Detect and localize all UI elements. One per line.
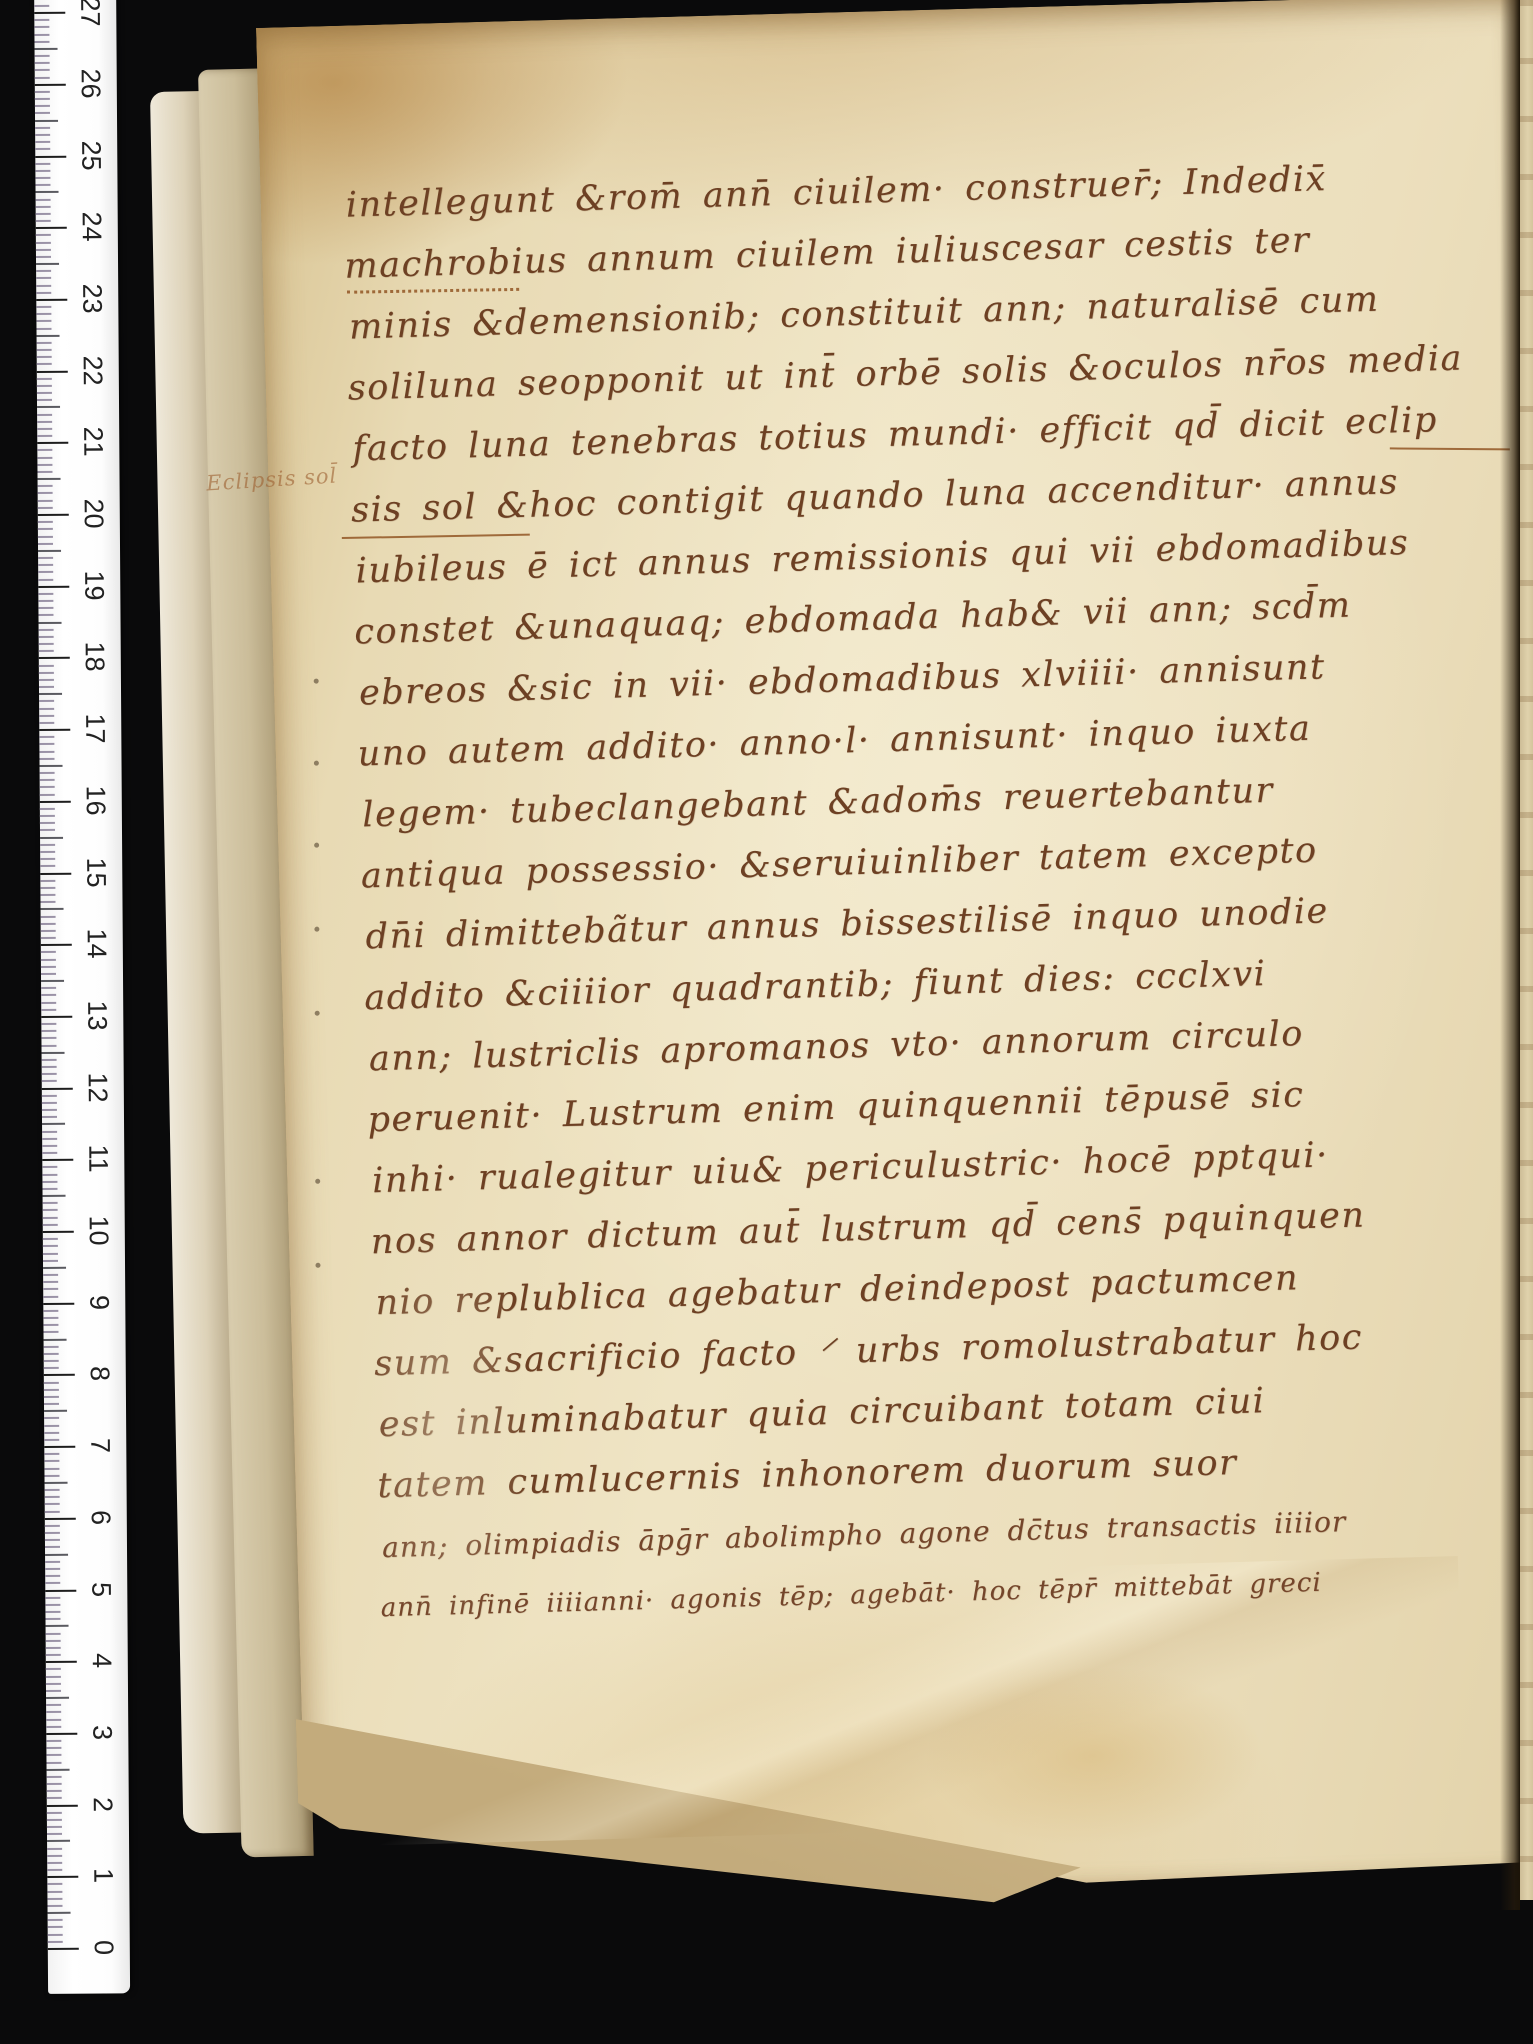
ruler-cm-tick [43, 1302, 74, 1304]
ruler-cm-tick [40, 801, 71, 803]
ruler-mm-tick [46, 1711, 61, 1713]
ruler-mm-tick [42, 1080, 57, 1082]
ruler-mm-tick [46, 1668, 61, 1670]
ruler-mm-tick [35, 163, 50, 165]
ruler-mm-tick [35, 148, 50, 150]
ruler-mm-tick [41, 1023, 56, 1025]
ruler-mm-tick [43, 1324, 58, 1326]
ruler-mm-tick [37, 406, 60, 408]
ruler-mm-tick [44, 1453, 59, 1455]
ruler-mm-tick [45, 1503, 60, 1505]
ruler-mm-tick [42, 1130, 57, 1132]
ruler-mm-tick [36, 198, 51, 200]
ruler-mm-tick [43, 1267, 66, 1269]
ruler-cm-tick [47, 1804, 78, 1806]
ruler-mm-tick [41, 1030, 56, 1032]
ruler-mm-tick [37, 471, 52, 473]
ruler-mm-tick [36, 306, 51, 308]
ruler-mm-tick [38, 614, 53, 616]
ruler-mm-tick [38, 550, 61, 552]
ruler-number: 11 [83, 1139, 113, 1179]
ruler-mm-tick [38, 571, 53, 573]
ruler-mm-tick [40, 822, 55, 824]
ruler-mm-tick [43, 1310, 58, 1312]
ruler-mm-tick [37, 457, 52, 459]
ruler-mm-tick [46, 1740, 61, 1742]
ruler-cm-tick [42, 1159, 73, 1161]
ruler-mm-tick [43, 1195, 66, 1197]
ruler-number: 6 [86, 1497, 116, 1537]
ruler-mm-tick [44, 1403, 59, 1405]
ruler-mm-tick [47, 1855, 62, 1857]
ruler-mm-tick [45, 1489, 60, 1491]
ruler-mm-tick [40, 851, 55, 853]
ruler-mm-tick [44, 1381, 59, 1383]
ruler-mm-tick [42, 1073, 57, 1075]
ruler-cm-tick [38, 585, 69, 587]
ruler-mm-tick [39, 758, 54, 760]
ruler-number: 10 [84, 1210, 114, 1250]
ruler-mm-tick [45, 1539, 60, 1541]
ruler-mm-tick [42, 1059, 57, 1061]
ruler-mm-tick [45, 1618, 60, 1620]
ruler-mm-tick [36, 263, 59, 265]
ruler-mm-tick [42, 1066, 57, 1068]
ruler-number: 15 [81, 852, 111, 892]
ruler-number: 1 [88, 1856, 118, 1896]
ruler-mm-tick [45, 1496, 60, 1498]
ruler-mm-tick [44, 1424, 59, 1426]
ruler-mm-tick [37, 385, 52, 387]
ruler-number: 23 [77, 278, 107, 318]
ruler-mm-tick [46, 1625, 69, 1627]
ruler-mm-tick [37, 413, 52, 415]
ruler-mm-tick [38, 500, 53, 502]
ruler-mm-tick [40, 794, 55, 796]
ruler-mm-tick [37, 392, 52, 394]
ruler-mm-tick [36, 277, 51, 279]
ruler-mm-tick [45, 1553, 68, 1555]
ruler-mm-tick [35, 69, 50, 71]
ruler-mm-tick [47, 1862, 62, 1864]
ruler-mm-tick [43, 1252, 58, 1254]
ruler-mm-tick [43, 1238, 58, 1240]
ruler-mm-tick [38, 478, 61, 480]
ruler-mm-tick [45, 1575, 60, 1577]
ruler-mm-tick [46, 1654, 61, 1656]
ruler-mm-tick [41, 987, 56, 989]
ruler-mm-tick [41, 1001, 56, 1003]
ruler-mm-tick [43, 1331, 58, 1333]
ruler-mm-tick [38, 564, 53, 566]
ruler-mm-tick [39, 715, 54, 717]
ruler-mm-tick [38, 528, 53, 530]
ruler-mm-tick [47, 1847, 62, 1849]
ruler-mm-tick [48, 1934, 63, 1936]
pricking-dot [314, 927, 319, 932]
ruler-mm-tick [43, 1245, 58, 1247]
ruler-mm-tick [47, 1905, 62, 1907]
ruler-mm-tick [47, 1797, 62, 1799]
ruler-mm-tick [38, 492, 53, 494]
ruler-mm-tick [42, 1188, 57, 1190]
ruler-mm-tick [36, 292, 51, 294]
ruler-mm-tick [46, 1697, 69, 1699]
ruler-mm-tick [34, 19, 49, 21]
ruler-mm-tick [47, 1898, 62, 1900]
ruler-mm-tick [44, 1460, 59, 1462]
ruler-mm-tick [40, 836, 63, 838]
ruler-mm-tick [35, 91, 50, 93]
ruler-mm-tick [40, 772, 55, 774]
ruler-mm-tick [41, 1009, 56, 1011]
ruler-mm-tick [40, 844, 55, 846]
ruler-mm-tick [47, 1776, 62, 1778]
ruler-mm-tick [36, 241, 51, 243]
ruler-mm-tick [37, 363, 52, 365]
ruler-number: 17 [80, 709, 110, 749]
ruler-mm-tick [36, 206, 51, 208]
ruler-mm-tick [41, 908, 64, 910]
ruler-mm-tick [38, 535, 53, 537]
ruler-mm-tick [44, 1346, 59, 1348]
ruler-mm-tick [39, 621, 62, 623]
ruler-number: 27 [75, 0, 105, 32]
text-block: intellegunt &rom̄ ann̄ ciuilem· construe… [342, 144, 1533, 1639]
ruler-mm-tick [39, 700, 54, 702]
ruler-mm-tick [42, 1109, 57, 1111]
ruler-mm-tick [43, 1281, 58, 1283]
ruler-mm-tick [43, 1202, 58, 1204]
ruler-mm-tick [46, 1747, 61, 1749]
ruler-number: 5 [86, 1569, 116, 1609]
ruler-mm-tick [38, 600, 53, 602]
ruler-mm-tick [42, 1173, 57, 1175]
ruler-mm-tick [47, 1890, 62, 1892]
ruler-number: 24 [77, 207, 107, 247]
ruler-mm-tick [38, 507, 53, 509]
ruler-mm-tick [40, 815, 55, 817]
ruler-number: 21 [78, 422, 108, 462]
ruler-mm-tick [46, 1647, 61, 1649]
ruler-mm-tick [43, 1317, 58, 1319]
ruler-mm-tick [34, 5, 49, 7]
ruler-mm-tick [46, 1704, 61, 1706]
ruler-mm-tick [39, 750, 54, 752]
ruler-mm-tick [36, 213, 51, 215]
ruler-mm-tick [44, 1467, 59, 1469]
facing-page-edge [1520, 0, 1533, 1900]
ruler-mm-tick [46, 1683, 61, 1685]
ruler-cm-tick [39, 729, 70, 731]
ruler-number: 12 [83, 1067, 113, 1107]
ruler-cm-tick [47, 1876, 78, 1878]
ruler-mm-tick [43, 1209, 58, 1211]
ruler-mm-tick [41, 1044, 56, 1046]
ruler-mm-tick [37, 349, 52, 351]
ruler-cm-tick [46, 1733, 77, 1735]
ruler-mm-tick [43, 1224, 58, 1226]
ruler-mm-tick [35, 55, 50, 57]
ruler-mm-tick [44, 1432, 59, 1434]
ruler-mm-tick [45, 1582, 60, 1584]
ruler-mm-tick [42, 1152, 57, 1154]
ruler-mm-tick [36, 327, 51, 329]
ruler-mm-tick [35, 105, 50, 107]
ruler-mm-tick [41, 980, 64, 982]
ruler-mm-tick [44, 1338, 67, 1340]
ruler-cm-tick [39, 657, 70, 659]
ruler-mm-tick [45, 1510, 60, 1512]
ruler-mm-tick [43, 1274, 58, 1276]
ruler-mm-tick [48, 1926, 63, 1928]
ruler-mm-tick [37, 335, 60, 337]
ruler-mm-tick [44, 1367, 59, 1369]
ruler-mm-tick [35, 48, 58, 50]
ruler-mm-tick [37, 421, 52, 423]
ruler-mm-tick [46, 1726, 61, 1728]
ruler-mm-tick [35, 134, 50, 136]
ruler-cm-tick [42, 1087, 73, 1089]
ruler-mm-tick [38, 521, 53, 523]
ruler-mm-tick [39, 629, 54, 631]
ruler-mm-tick [35, 127, 50, 129]
ruler-mm-tick [36, 234, 51, 236]
ruler: 0123456789101112131415161718192021222324… [34, 0, 130, 1994]
ruler-number: 22 [78, 350, 108, 390]
ruler-mm-tick [34, 41, 49, 43]
ruler-mm-tick [44, 1360, 59, 1362]
ruler-mm-tick [42, 1181, 57, 1183]
ruler-mm-tick [41, 966, 56, 968]
ruler-mm-tick [40, 858, 55, 860]
ruler-mm-tick [44, 1439, 59, 1441]
ruler-cm-tick [36, 299, 67, 301]
ruler-number: 25 [76, 135, 106, 175]
ruler-mm-tick [46, 1718, 61, 1720]
ruler-cm-tick [46, 1661, 77, 1663]
ruler-mm-tick [47, 1790, 62, 1792]
ruler-mm-tick [45, 1482, 68, 1484]
ruler-number: 18 [80, 637, 110, 677]
ruler-mm-tick [36, 220, 51, 222]
ruler-mm-tick [42, 1052, 65, 1054]
ruler-mm-tick [43, 1288, 58, 1290]
pricking-dot [315, 1263, 320, 1268]
ruler-mm-tick [38, 557, 53, 559]
ruler-mm-tick [40, 901, 55, 903]
ruler-mm-tick [36, 320, 51, 322]
ruler-number: 4 [87, 1641, 117, 1681]
ruler-mm-tick [47, 1769, 70, 1771]
ruler-mm-tick [37, 356, 52, 358]
ruler-mm-tick [39, 736, 54, 738]
ruler-number: 0 [89, 1927, 119, 1967]
ruler-mm-tick [37, 435, 52, 437]
ruler-mm-tick [42, 1116, 57, 1118]
ruler-number: 9 [84, 1282, 114, 1322]
ruler-mm-tick [39, 707, 54, 709]
ruler-cm-tick [41, 1016, 72, 1018]
ruler-mm-tick [39, 672, 54, 674]
ruler-mm-tick [34, 26, 49, 28]
pricking-dot [315, 1011, 320, 1016]
ruler-mm-tick [41, 1037, 56, 1039]
ruler-mm-tick [42, 1145, 57, 1147]
ruler-mm-tick [36, 191, 59, 193]
book-gutter-shadow [1500, 0, 1520, 1910]
ruler-cm-tick [35, 84, 66, 86]
ruler-mm-tick [48, 1941, 63, 1943]
ruler-mm-tick [43, 1217, 58, 1219]
ruler-mm-tick [39, 743, 54, 745]
ruler-cm-tick [43, 1231, 74, 1233]
ruler-mm-tick [36, 249, 51, 251]
ruler-mm-tick [44, 1396, 59, 1398]
ruler-mm-tick [37, 464, 52, 466]
ruler-mm-tick [45, 1561, 60, 1563]
ruler-cm-tick [34, 12, 65, 14]
ruler-cm-tick [40, 872, 71, 874]
ruler-mm-tick [48, 1919, 63, 1921]
ruler-mm-tick [41, 958, 56, 960]
ruler-mm-tick [40, 779, 55, 781]
ruler-mm-tick [46, 1632, 61, 1634]
ruler-mm-tick [35, 170, 50, 172]
ruler-mm-tick [42, 1123, 65, 1125]
ruler-mm-tick [44, 1475, 59, 1477]
ruler-mm-tick [35, 177, 50, 179]
ruler-mm-tick [35, 98, 50, 100]
ruler-mm-tick [40, 880, 55, 882]
ruler-mm-tick [46, 1675, 61, 1677]
ruler-mm-tick [38, 543, 53, 545]
ruler-number: 14 [82, 924, 112, 964]
ruler-mm-tick [39, 722, 54, 724]
ruler-mm-tick [45, 1532, 60, 1534]
ruler-mm-tick [38, 593, 53, 595]
ruler-mm-tick [46, 1690, 61, 1692]
ruler-mm-tick [38, 485, 53, 487]
ruler-mm-tick [37, 378, 52, 380]
ruler-mm-tick [36, 270, 51, 272]
ruler-mm-tick [40, 829, 55, 831]
ruler-mm-tick [41, 951, 56, 953]
ruler-mm-tick [45, 1604, 60, 1606]
ruler-mm-tick [35, 184, 50, 186]
ruler-number: 2 [88, 1784, 118, 1824]
ruler-mm-tick [39, 693, 62, 695]
ruler-mm-tick [47, 1783, 62, 1785]
ruler-mm-tick [44, 1410, 67, 1412]
ruler-mm-tick [37, 399, 52, 401]
ruler-mm-tick [47, 1833, 62, 1835]
ruler-cm-tick [48, 1948, 79, 1950]
ruler-mm-tick [37, 428, 52, 430]
ruler-mm-tick [45, 1525, 60, 1527]
ruler-mm-tick [41, 930, 56, 932]
ruler-mm-tick [39, 664, 54, 666]
ruler-mm-tick [43, 1295, 58, 1297]
ruler-mm-tick [38, 578, 53, 580]
ruler-mm-tick [44, 1353, 59, 1355]
ruler-mm-tick [39, 643, 54, 645]
ruler-number: 13 [82, 995, 112, 1035]
ruler-mm-tick [41, 994, 56, 996]
ruler-mm-tick [47, 1819, 62, 1821]
ruler-mm-tick [45, 1546, 60, 1548]
ruler-mm-tick [40, 786, 55, 788]
pricking-dot [315, 1179, 320, 1184]
ruler-mm-tick [44, 1389, 59, 1391]
ruler-cm-tick [35, 155, 66, 157]
ruler-number: 16 [81, 780, 111, 820]
ruler-cm-tick [37, 442, 68, 444]
ruler-number: 7 [85, 1426, 115, 1466]
ruler-number: 19 [79, 565, 109, 605]
ruler-cm-tick [45, 1518, 76, 1520]
ruler-mm-tick [40, 887, 55, 889]
ruler-mm-tick [36, 284, 51, 286]
ruler-number: 26 [76, 63, 106, 103]
ruler-cm-tick [37, 370, 68, 372]
ruler-mm-tick [36, 256, 51, 258]
ruler-mm-tick [35, 141, 50, 143]
ruler-mm-tick [47, 1826, 62, 1828]
ruler-mm-tick [46, 1754, 61, 1756]
ruler-mm-tick [34, 34, 49, 36]
ruler-mm-tick [46, 1640, 61, 1642]
ruler-cm-tick [45, 1589, 76, 1591]
ruler-mm-tick [47, 1840, 70, 1842]
ruler-number: 3 [87, 1712, 117, 1752]
ruler-mm-tick [36, 313, 51, 315]
ruler-mm-tick [39, 650, 54, 652]
ruler-mm-tick [41, 915, 56, 917]
ruler-mm-tick [40, 765, 63, 767]
ruler-mm-tick [41, 973, 56, 975]
ruler-mm-tick [39, 686, 54, 688]
ruler-mm-tick [41, 937, 56, 939]
ruler-mm-tick [35, 119, 58, 121]
ruler-cm-tick [41, 944, 72, 946]
ruler-mm-tick [42, 1166, 57, 1168]
ruler-mm-tick [46, 1761, 61, 1763]
manuscript-page: Eclipsis sol̄ intellegunt &rom̄ ann̄ ciu… [256, 0, 1533, 1909]
ruler-mm-tick [39, 679, 54, 681]
ruler-mm-tick [39, 636, 54, 638]
ruler-mm-tick [35, 112, 50, 114]
ruler-mm-tick [40, 808, 55, 810]
ruler-mm-tick [44, 1417, 59, 1419]
ruler-cm-tick [36, 227, 67, 229]
ruler-mm-tick [42, 1138, 57, 1140]
ruler-mm-tick [35, 62, 50, 64]
ruler-mm-tick [41, 923, 56, 925]
ruler-number: 8 [85, 1354, 115, 1394]
ruler-mm-tick [45, 1611, 60, 1613]
ruler-cm-tick [44, 1374, 75, 1376]
ruler-mm-tick [38, 607, 53, 609]
ruler-mm-tick [45, 1568, 60, 1570]
ruler-mm-tick [47, 1869, 62, 1871]
ruler-mm-tick [37, 342, 52, 344]
ruler-mm-tick [40, 894, 55, 896]
ruler-mm-tick [42, 1095, 57, 1097]
ruler-mm-tick [48, 1912, 71, 1914]
ruler-number: 20 [79, 493, 109, 533]
ruler-mm-tick [37, 449, 52, 451]
